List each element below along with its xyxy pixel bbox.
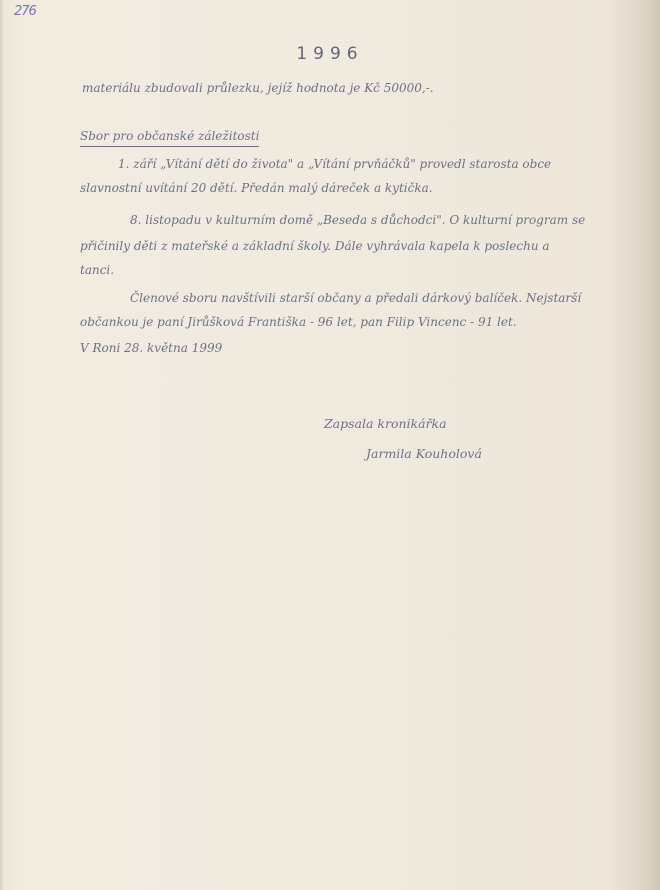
- paragraph-3-line-2: občankou je paní Jirůšková Františka - 9…: [80, 314, 517, 330]
- paragraph-1-line-1: 1. září „Vítání dětí do života" a „Vítán…: [118, 156, 551, 172]
- signature-role: Zapsala kronikářka: [324, 416, 447, 431]
- paragraph-2-line-1: 8. listopadu v kulturním domě „Beseda s …: [130, 212, 585, 228]
- paragraph-2-line-2: přičinily děti z mateřské a základní ško…: [80, 238, 550, 254]
- year-heading: 1996: [0, 44, 660, 64]
- chronicle-page: 276 1996 materiálu zbudovali průlezku, j…: [0, 0, 660, 890]
- paragraph-1-line-2: slavnostní uvítání 20 dětí. Předán malý …: [80, 180, 433, 196]
- section-heading: Sbor pro občanské záležitosti: [80, 128, 259, 147]
- continuation-line: materiálu zbudovali průlezku, jejíž hodn…: [82, 80, 434, 96]
- dateline: V Roni 28. května 1999: [80, 340, 222, 356]
- paragraph-2-line-3: tanci.: [80, 262, 114, 278]
- paragraph-3-line-1: Členové sboru navštívili starší občany a…: [130, 290, 581, 306]
- page-number: 276: [14, 4, 36, 19]
- signature-name: Jarmila Kouholová: [366, 446, 482, 461]
